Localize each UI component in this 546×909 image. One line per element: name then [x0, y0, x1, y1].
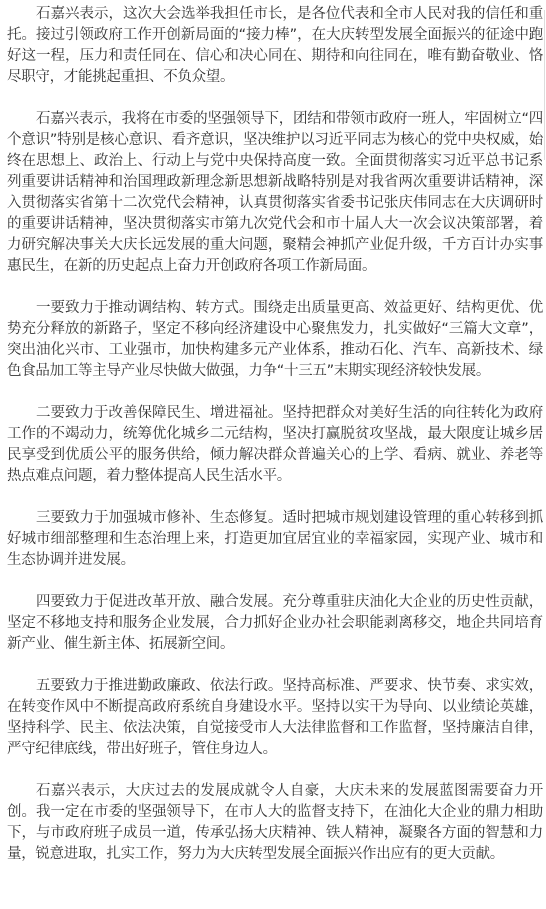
- paragraph-goal-1-structure: 一要致力于推动调结构、转方式。围绕走出质量更高、效益更好、结构更优、优势充分释放…: [7, 298, 543, 382]
- article-body: 石嘉兴表示，这次大会选举我担任市长，是各位代表和全市人民对我的信任和重托。接过引…: [7, 4, 543, 886]
- paragraph-goal-4-reform: 四要致力于促进改革开放、融合发展。充分尊重驻庆油化大企业的历史性贡献，坚定不移地…: [7, 592, 543, 655]
- paragraph-goal-2-livelihood: 二要致力于改善保障民生、增进福祉。坚持把群众对美好生活的向往转化为政府工作的不竭…: [7, 403, 543, 487]
- paragraph-goal-5-governance: 五要致力于推进勤政廉政、依法行政。坚持高标准、严要求、快节奏、求实效，在转变作风…: [7, 676, 543, 760]
- paragraph-mandate: 石嘉兴表示，这次大会选举我担任市长，是各位代表和全市人民对我的信任和重托。接过引…: [7, 4, 543, 88]
- paragraph-goal-3-urban-ecology: 三要致力于加强城市修补、生态修复。适时把城市规划建设管理的重心转移到抓好城市细部…: [7, 508, 543, 571]
- right-edge-divider: [544, 10, 545, 160]
- paragraph-conclusion: 石嘉兴表示，大庆过去的发展成就令人自豪，大庆未来的发展蓝图需要奋力开创。我一定在…: [7, 781, 543, 865]
- paragraph-leadership: 石嘉兴表示，我将在市委的坚强领导下，团结和带领市政府一班人，牢固树立“四个意识”…: [7, 109, 543, 277]
